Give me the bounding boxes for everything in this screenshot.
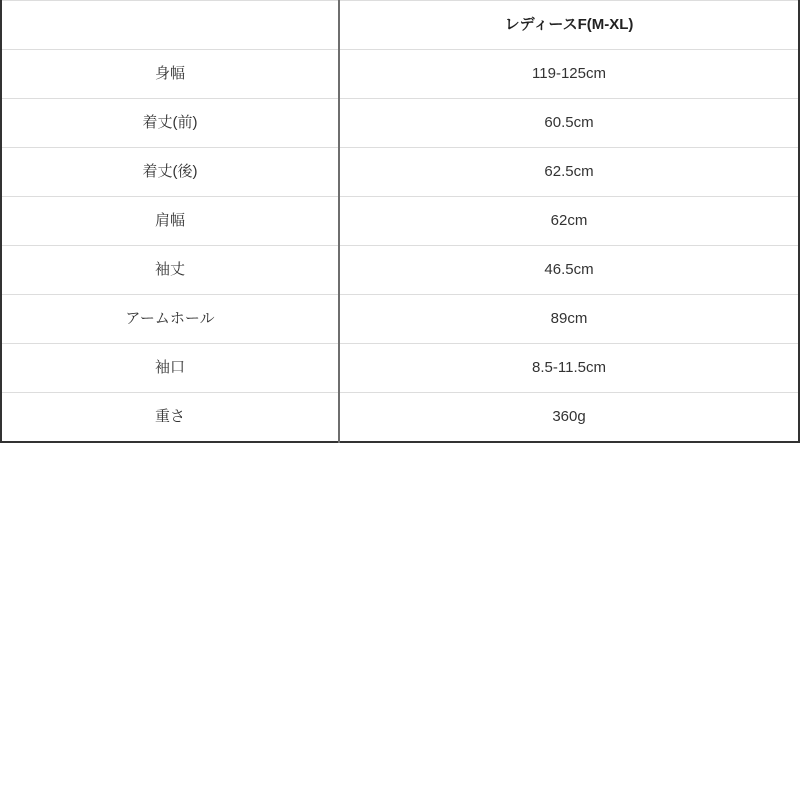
row-value-cell: 89cm bbox=[339, 295, 799, 344]
table-row: アームホール 89cm bbox=[1, 295, 799, 344]
table-row: 身幅 119-125cm bbox=[1, 50, 799, 99]
row-value-cell: 46.5cm bbox=[339, 246, 799, 295]
row-value-cell: 119-125cm bbox=[339, 50, 799, 99]
header-empty-cell bbox=[1, 1, 339, 50]
row-value-cell: 360g bbox=[339, 393, 799, 443]
row-label-cell: 身幅 bbox=[1, 50, 339, 99]
row-label-cell: 重さ bbox=[1, 393, 339, 443]
size-spec-table: レディースF(M-XL) 身幅 119-125cm 着丈(前) 60.5cm 着… bbox=[0, 0, 800, 443]
table-row: 袖口 8.5-11.5cm bbox=[1, 344, 799, 393]
row-value-cell: 62.5cm bbox=[339, 148, 799, 197]
row-value-cell: 62cm bbox=[339, 197, 799, 246]
row-label-cell: 肩幅 bbox=[1, 197, 339, 246]
table-row: 肩幅 62cm bbox=[1, 197, 799, 246]
table-header-row: レディースF(M-XL) bbox=[1, 1, 799, 50]
row-label-cell: アームホール bbox=[1, 295, 339, 344]
table-row: 着丈(後) 62.5cm bbox=[1, 148, 799, 197]
table-row: 着丈(前) 60.5cm bbox=[1, 99, 799, 148]
row-label-cell: 着丈(前) bbox=[1, 99, 339, 148]
row-value-cell: 8.5-11.5cm bbox=[339, 344, 799, 393]
header-size-cell: レディースF(M-XL) bbox=[339, 1, 799, 50]
row-value-cell: 60.5cm bbox=[339, 99, 799, 148]
table-row: 袖丈 46.5cm bbox=[1, 246, 799, 295]
row-label-cell: 袖口 bbox=[1, 344, 339, 393]
row-label-cell: 着丈(後) bbox=[1, 148, 339, 197]
row-label-cell: 袖丈 bbox=[1, 246, 339, 295]
table-row: 重さ 360g bbox=[1, 393, 799, 443]
